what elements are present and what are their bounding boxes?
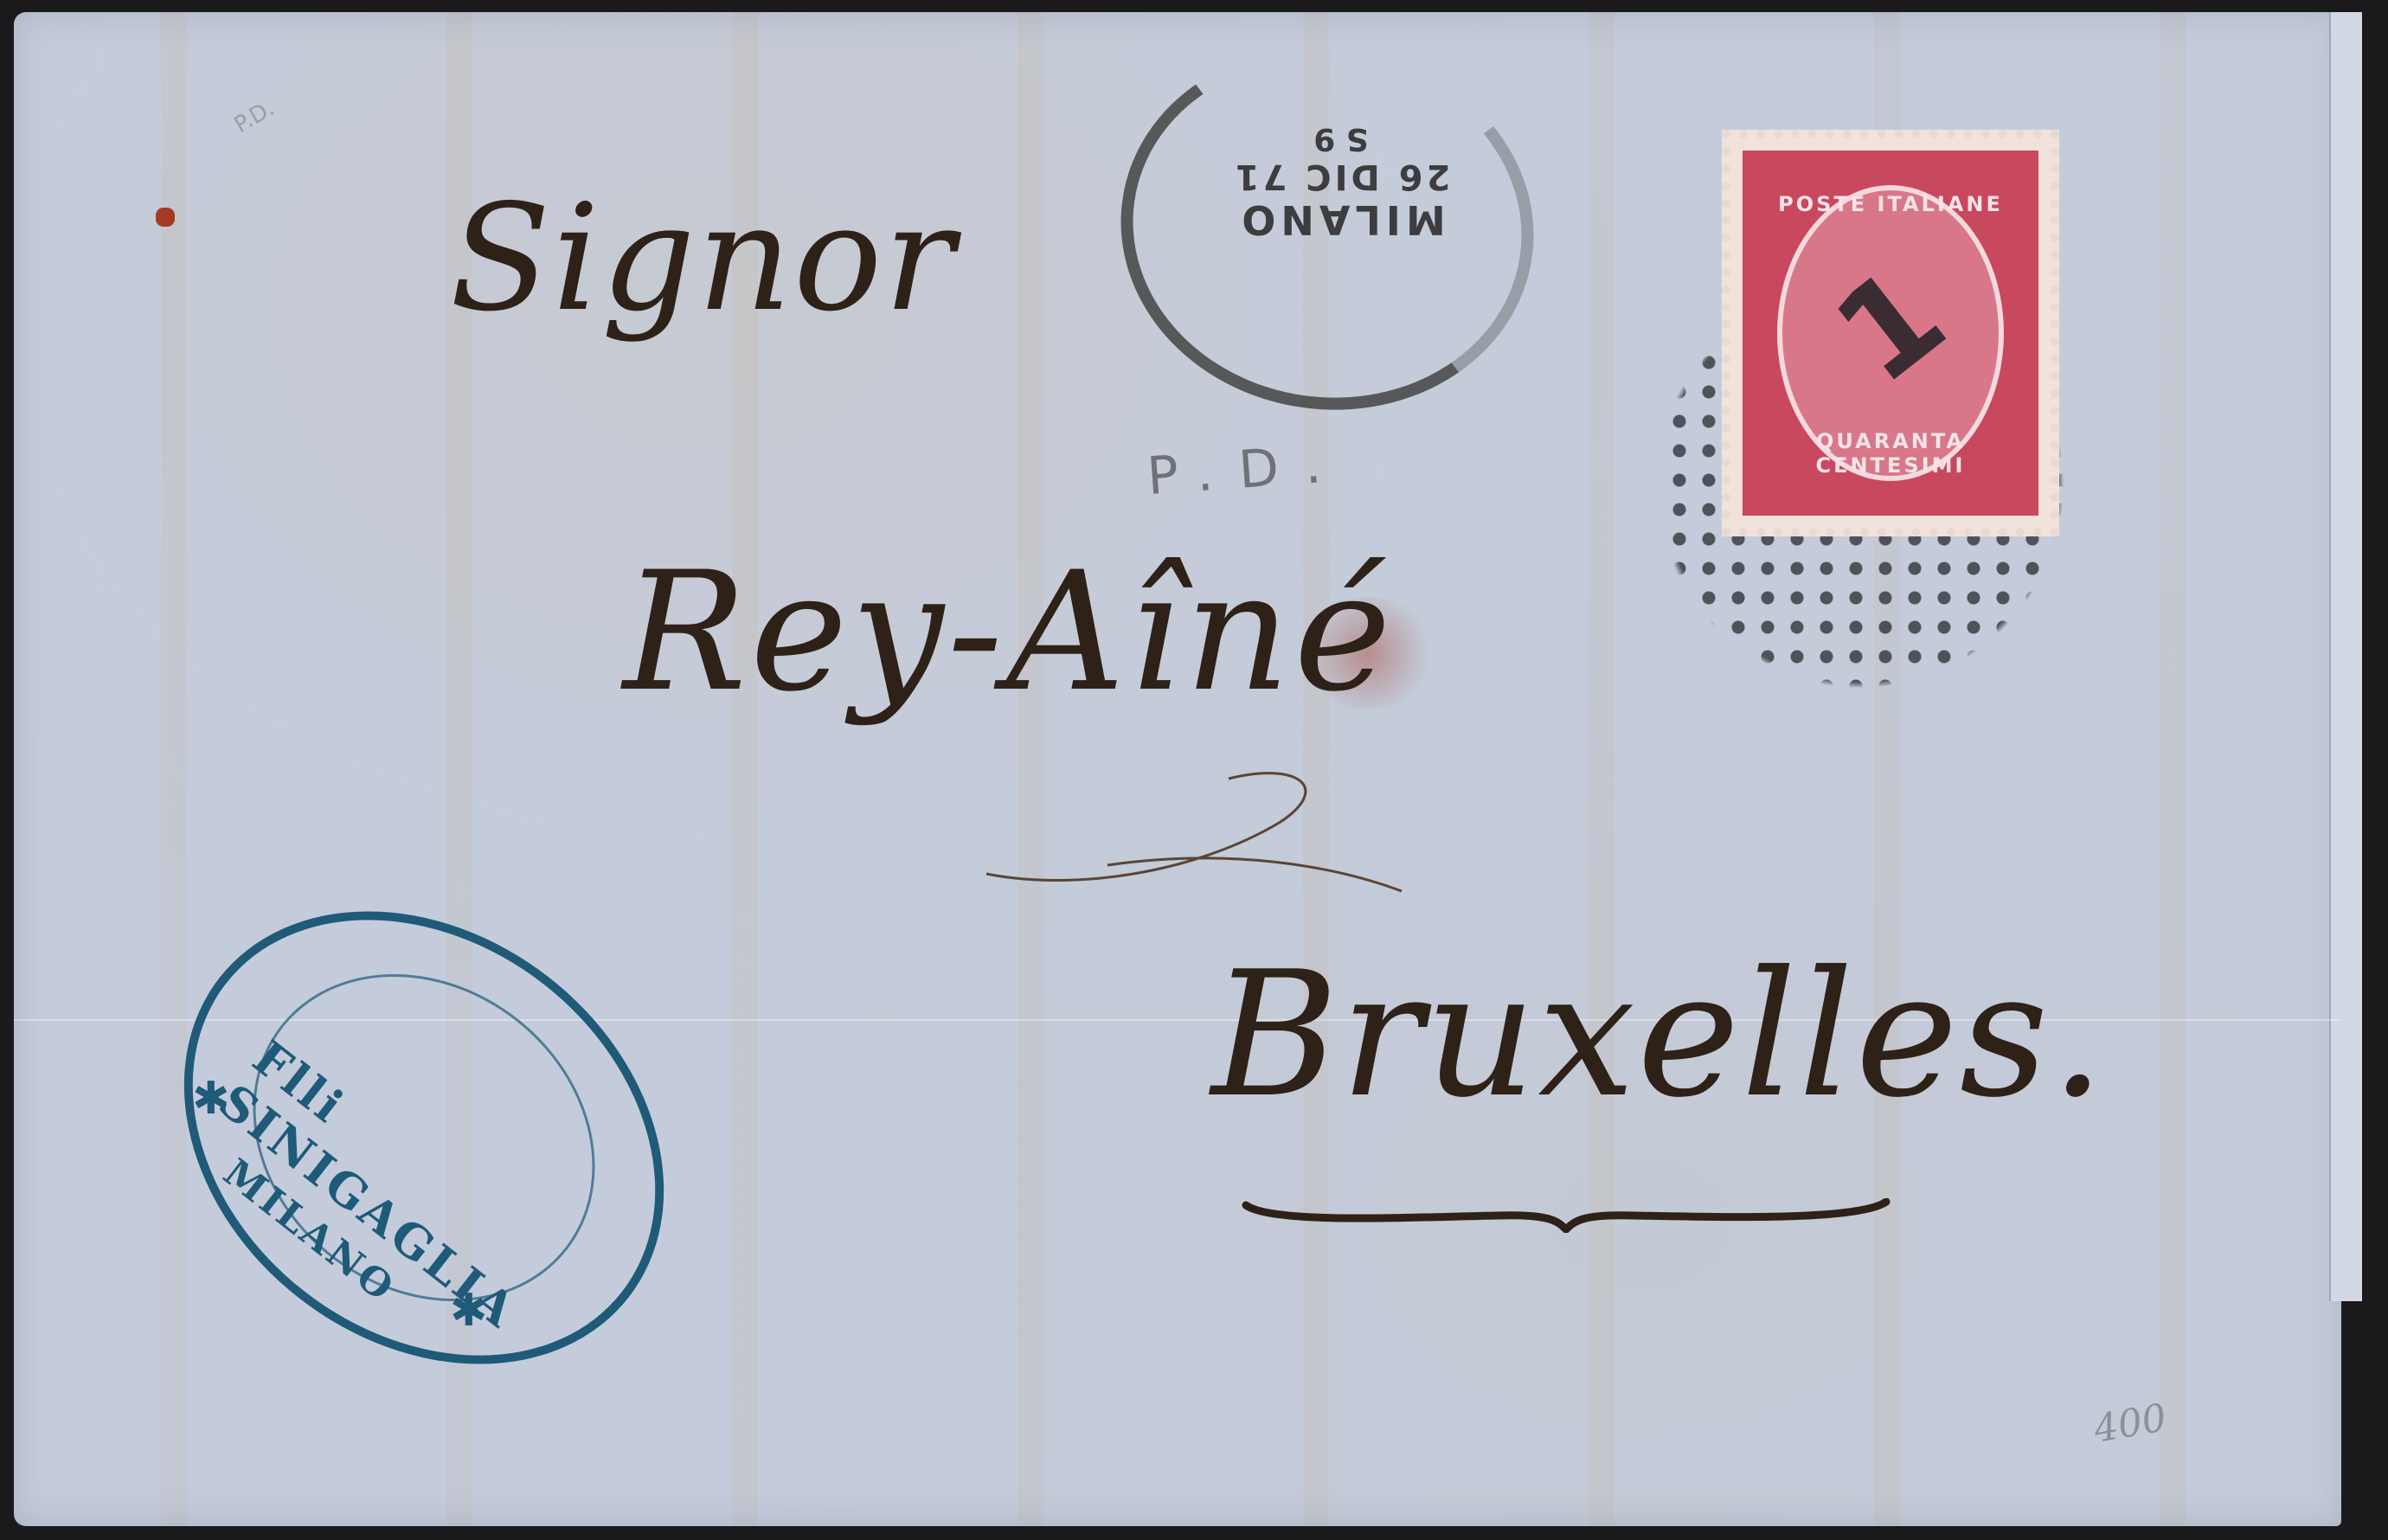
addressee-name: Rey-Aîné (623, 536, 1395, 728)
postmark-time: S 9 (1229, 121, 1454, 157)
postmark-date: 26 DIC 71 (1229, 157, 1454, 196)
stamp-country-text: POSTE ITALIANE (1743, 192, 2038, 216)
firm-handstamp: Flli SINIGAGLIA MILANO ✱ ✱ (164, 934, 684, 1341)
circular-date-stamp: MILANO 26 DIC 71 S 9 (1229, 121, 1454, 243)
stamp-frame: POSTE ITALIANE QUARANTA CENTESIMI 1 (1743, 151, 2038, 516)
salutation: Signor (450, 173, 956, 344)
handwritten-flourish (969, 761, 1419, 900)
stamp-value-text: QUARANTA CENTESIMI (1743, 429, 2038, 478)
postage-stamp: POSTE ITALIANE QUARANTA CENTESIMI 1 (1722, 130, 2059, 536)
city-underline-flourish (1237, 1198, 1895, 1233)
star-ornament-icon: ✱ (192, 1073, 230, 1125)
wax-fleck (156, 208, 175, 227)
star-ornament-icon: ✱ (450, 1285, 488, 1337)
postmark-town: MILANO (1229, 196, 1454, 243)
destination-city: Bruxelles. (1211, 934, 2107, 1136)
folded-flap-edge (2329, 12, 2362, 1301)
